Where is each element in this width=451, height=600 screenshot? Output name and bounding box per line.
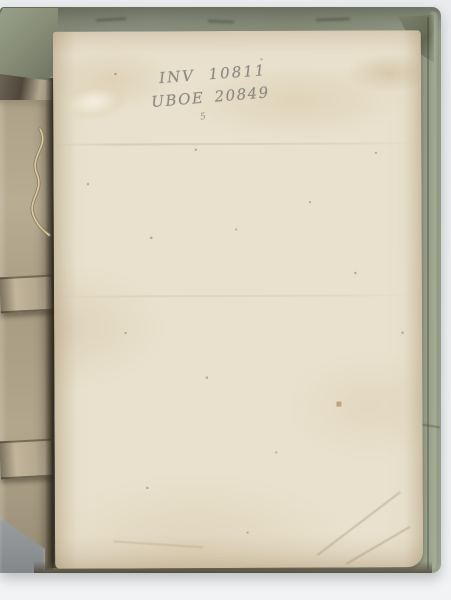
photo-backdrop: INV 10811 UBOE 20849 5	[0, 0, 451, 600]
page-corner-crease	[317, 491, 401, 556]
page-corner-crease	[346, 526, 411, 565]
inscription-inventory-number: INV 10811	[158, 61, 266, 87]
cover-right-edge	[429, 11, 439, 569]
page-crease	[53, 142, 421, 146]
cover-right-fold-line	[427, 17, 429, 569]
page-bottom-crease	[113, 540, 203, 548]
inscription-catalog-number: UBOE 20849	[151, 83, 271, 111]
page-crease	[54, 294, 422, 298]
inscription-small-mark: 5	[199, 112, 207, 123]
sewing-thread	[22, 126, 58, 238]
foxing-specks	[53, 32, 54, 33]
flyleaf-page: INV 10811 UBOE 20849 5	[53, 30, 423, 569]
erased-smudge	[69, 80, 129, 122]
spine-top-cover-wrap	[0, 8, 58, 82]
